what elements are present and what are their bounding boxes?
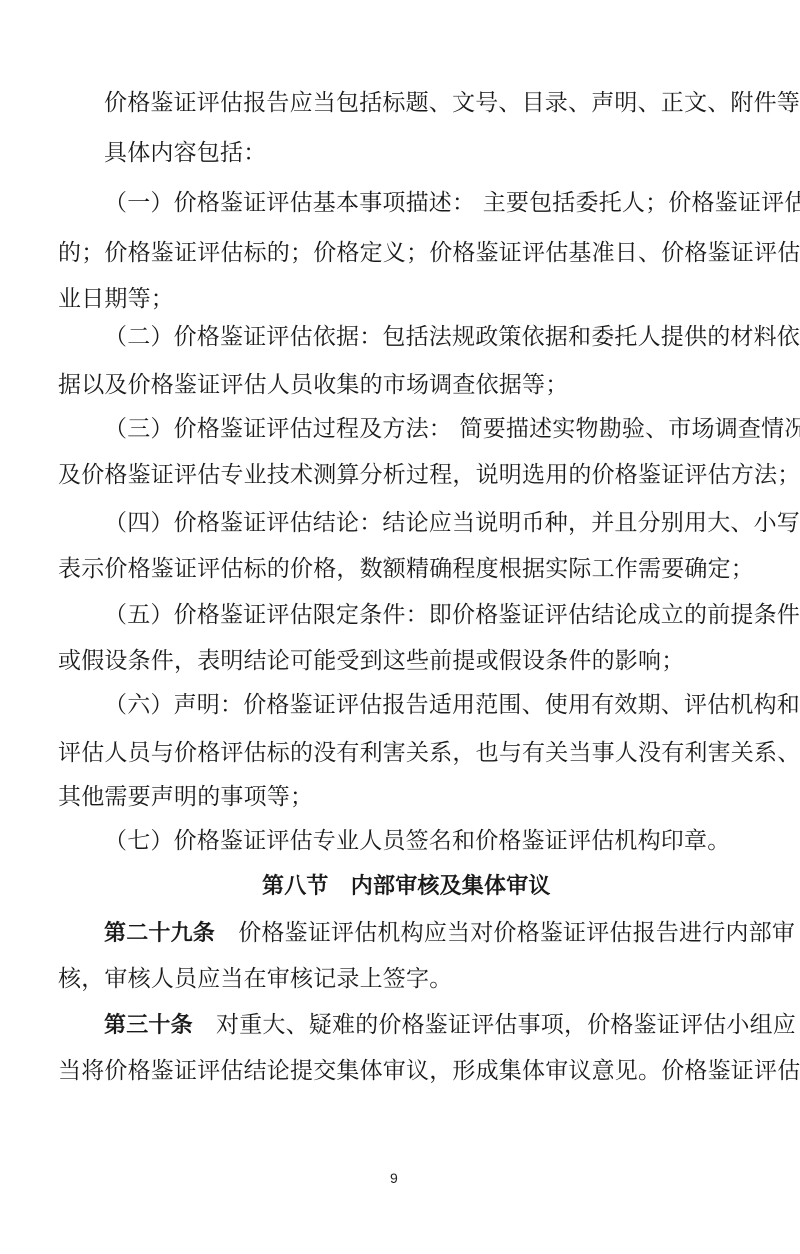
document-page: 价格鉴证评估报告应当包括标题、文号、目录、声明、正文、附件等部分。具体内容包括：… [0, 0, 800, 1254]
text-line: （四）价格鉴证评估结论：结论应当说明币种，并且分别用大、小写 [104, 508, 800, 538]
text-line: 其他需要声明的事项等； [58, 782, 313, 812]
text-line: 的；价格鉴证评估标的；价格定义；价格鉴证评估基准日、价格鉴证评估作 [58, 238, 800, 268]
article-line: 第三十条 对重大、疑难的价格鉴证评估事项，价格鉴证评估小组应 [104, 1010, 796, 1041]
text-line: 具体内容包括： [104, 138, 266, 168]
text-line: 评估人员与价格评估标的没有利害关系，也与有关当事人没有利害关系、 [58, 738, 800, 768]
text-line: （三）价格鉴证评估过程及方法： 简要描述实物勘验、市场调查情况以 [104, 414, 800, 444]
page-number: 9 [390, 1170, 398, 1186]
text-line: 及价格鉴证评估专业技术测算分析过程，说明选用的价格鉴证评估方法； [58, 460, 800, 490]
article-label: 第二十九条 [104, 921, 215, 946]
article-text: 核，审核人员应当在审核记录上签字。 [58, 966, 452, 992]
article-text: 对重大、疑难的价格鉴证评估事项，价格鉴证评估小组应 [193, 1012, 796, 1038]
article-line: 第二十九条 价格鉴证评估机构应当对价格鉴证评估报告进行内部审 [104, 918, 795, 949]
text-line: （六）声明：价格鉴证评估报告适用范围、使用有效期、评估机构和 [104, 690, 800, 720]
text-line: 表示价格鉴证评估标的价格，数额精确程度根据实际工作需要确定； [58, 554, 754, 584]
text-line: （五）价格鉴证评估限定条件：即价格鉴证评估结论成立的前提条件 [104, 600, 800, 630]
text-line: 或假设条件，表明结论可能受到这些前提或假设条件的影响； [58, 646, 684, 676]
text-line: （一）价格鉴证评估基本事项描述： 主要包括委托人；价格鉴证评估目 [104, 188, 800, 218]
article-label: 第三十条 [104, 1013, 193, 1038]
text-line: 价格鉴证评估报告应当包括标题、文号、目录、声明、正文、附件等部分。 [104, 88, 800, 118]
text-line: 业日期等； [58, 284, 174, 314]
text-line: （二）价格鉴证评估依据：包括法规政策依据和委托人提供的材料依 [104, 322, 800, 352]
article-text: 价格鉴证评估机构应当对价格鉴证评估报告进行内部审 [215, 920, 795, 946]
text-line: （七）价格鉴证评估专业人员签名和价格鉴证评估机构印章。 [104, 826, 730, 856]
section-heading: 第八节 内部审核及集体审议 [262, 872, 551, 902]
article-line: 当将价格鉴证评估结论提交集体审议，形成集体审议意见。价格鉴证评估 [58, 1056, 800, 1087]
article-text: 当将价格鉴证评估结论提交集体审议，形成集体审议意见。价格鉴证评估 [58, 1058, 800, 1084]
article-line: 核，审核人员应当在审核记录上签字。 [58, 964, 452, 995]
text-line: 据以及价格鉴证评估人员收集的市场调查依据等； [58, 370, 568, 400]
